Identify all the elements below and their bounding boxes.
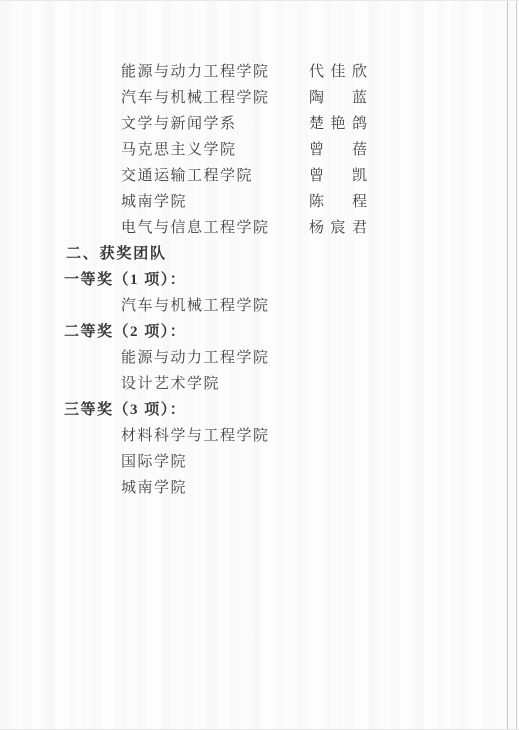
award-college: 能源与动力工程学院 [0,345,519,371]
document-content: 能源与动力工程学院 代佳欣 汽车与机械工程学院 陶蓝 文学与新闻学系 楚艳鸽 马… [0,59,519,501]
roster-row: 交通运输工程学院 曾凯 [0,163,519,189]
college-name: 文学与新闻学系 [121,111,237,137]
awards-heading: 二、获奖团队 [0,241,519,267]
scanned-document-page: 能源与动力工程学院 代佳欣 汽车与机械工程学院 陶蓝 文学与新闻学系 楚艳鸽 马… [0,0,519,730]
award-college: 材料科学与工程学院 [0,423,519,449]
award-tier-title-third: 三等奖（3 项）： [0,397,519,423]
member-name: 杨宸君 [309,215,367,241]
member-name: 陶蓝 [309,85,367,111]
roster-row: 能源与动力工程学院 代佳欣 [0,59,519,85]
award-college: 国际学院 [0,449,519,475]
college-name: 城南学院 [121,189,187,215]
award-tier-title-second: 二等奖（2 项）： [0,319,519,345]
college-name: 汽车与机械工程学院 [121,85,270,111]
college-name: 马克思主义学院 [121,137,237,163]
member-name: 曾凯 [309,163,367,189]
award-college: 汽车与机械工程学院 [0,293,519,319]
roster-row: 电气与信息工程学院 杨宸君 [0,215,519,241]
member-name: 曾蓓 [309,137,367,163]
member-name: 楚艳鸽 [309,111,367,137]
college-name: 交通运输工程学院 [121,163,253,189]
college-name: 能源与动力工程学院 [121,59,270,85]
roster-row: 城南学院 陈程 [0,189,519,215]
award-college: 设计艺术学院 [0,371,519,397]
roster-row: 马克思主义学院 曾蓓 [0,137,519,163]
roster-row: 文学与新闻学系 楚艳鸽 [0,111,519,137]
member-name: 代佳欣 [309,59,367,85]
roster-row: 汽车与机械工程学院 陶蓝 [0,85,519,111]
award-tier-title-first: 一等奖（1 项）： [0,267,519,293]
member-name: 陈程 [309,189,367,215]
college-name: 电气与信息工程学院 [121,215,270,241]
award-college: 城南学院 [0,475,519,501]
